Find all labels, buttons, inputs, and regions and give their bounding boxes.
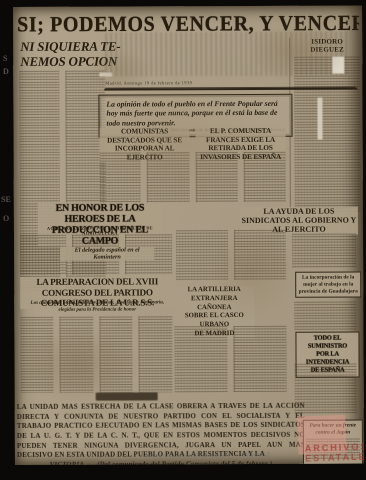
body-text-column xyxy=(195,152,237,202)
smudged-label xyxy=(96,392,158,400)
spine-mark: SE xyxy=(1,195,11,204)
body-text-column xyxy=(59,317,93,393)
body-text-column xyxy=(243,152,285,202)
body-text-column xyxy=(233,230,286,280)
body-text-column xyxy=(99,316,133,392)
body-text-column xyxy=(233,326,287,392)
scratch-mark xyxy=(99,73,112,77)
headline-delegado: El delegado español en el Komintern xyxy=(60,246,154,260)
isidoro-article: ISIDORO DIEGUEZ xyxy=(289,37,361,212)
body-text-column xyxy=(292,234,356,268)
scratch-mark xyxy=(332,57,344,74)
headline-mujer-box: La incorporación de la mujer al trabajo … xyxy=(295,271,361,298)
body-text-column xyxy=(294,56,361,212)
spine-mark: D xyxy=(3,67,9,76)
body-text-column xyxy=(139,316,173,392)
archival-scan-frame: S D SE O SI; PODEMOS VENCER, Y VENCEREMO… xyxy=(0,0,366,480)
artilleria-line-2: EXTRANJERA CAÑONEA xyxy=(174,295,254,313)
spine-mark: S xyxy=(3,54,7,63)
mid-body-columns xyxy=(100,152,286,203)
spine-mark: O xyxy=(3,214,9,223)
congress-body-columns xyxy=(20,316,172,393)
library-watermark: Hemeroteca Municipal — Madrid xyxy=(146,451,321,460)
headline-congreso-sub: Los camaradas Stalin, Dimitrov, Jdanov, … xyxy=(24,300,170,314)
quote-text: La opinión de todo el pueblo en el Frent… xyxy=(106,99,277,128)
body-text-column xyxy=(147,152,189,202)
body-text-column xyxy=(100,152,141,202)
scratch-mark xyxy=(317,98,322,140)
body-text-column xyxy=(174,326,227,392)
intendencia-line-1: TODO EL SUMINISTRO xyxy=(297,335,357,351)
right-columns xyxy=(292,234,356,268)
body-text-column xyxy=(20,317,53,393)
body-text-column xyxy=(176,230,228,280)
artilleria-line-1: LA ARTILLERIA xyxy=(174,286,254,295)
mid-right-columns xyxy=(176,230,286,280)
isidoro-headline: ISIDORO DIEGUEZ xyxy=(294,37,360,53)
newspaper-page: SI; PODEMOS VENCER, Y VENCEREMOS NI SIQU… xyxy=(13,5,364,465)
body-text-column xyxy=(294,302,356,330)
manifesto-tail: VICTORIA. — (Del comunicado del Partido … xyxy=(17,460,305,465)
artillery-body-columns xyxy=(174,326,286,392)
